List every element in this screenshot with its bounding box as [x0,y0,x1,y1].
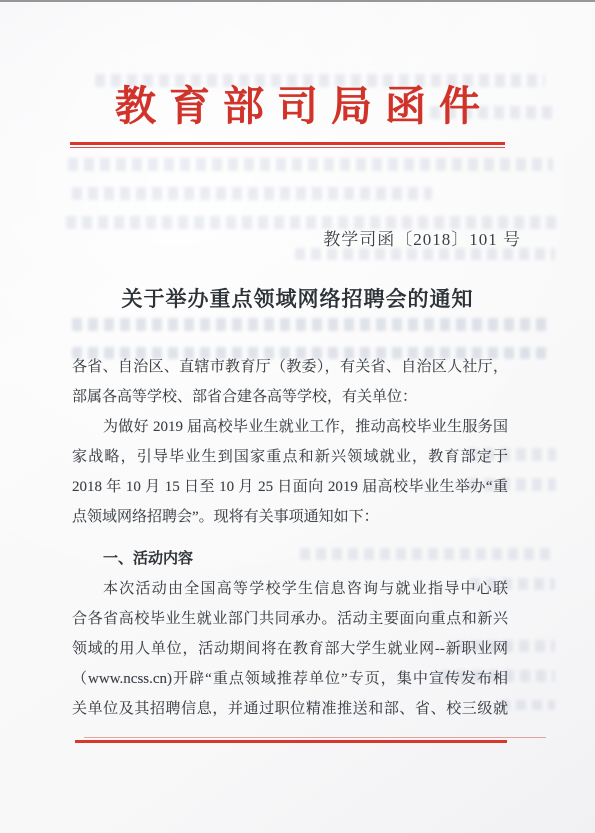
footer-divider-thin-line [84,737,546,738]
body-line: 为做好 2019 届高校毕业生就业工作，推动高校毕业生服务国 [72,412,508,442]
body-line: 2018 年 10 月 15 日至 10 月 25 日面向 2019 届高校毕业… [72,472,508,502]
body-line: （www.ncss.cn)开辟“重点领域推荐单位”专页，集中宣传发布相 [72,664,508,694]
document-body: 各省、自治区、直辖市教育厅（教委），有关省、自治区人社厅， 部属各高等学校、部省… [72,352,508,724]
bleed-through-text [500,700,555,710]
letterhead-divider-thick-line [70,142,505,145]
bleed-through-text [68,158,553,171]
document-title: 关于举办重点领域网络招聘会的通知 [0,284,595,314]
body-line: 合各省高校毕业生就业部门共同承办。活动主要面向重点和新兴 [72,604,508,634]
footer-divider-thick-line [75,740,507,743]
body-line: 家战略，引导毕业生到国家重点和新兴领域就业，教育部定于 [72,442,508,472]
letterhead-divider-thin-line [70,147,505,148]
body-line: 关单位及其招聘信息，并通过职位精准推送和部、省、校三级就 [72,694,508,724]
body-line: 点领域网络招聘会”。现将有关事项通知如下： [72,502,508,532]
body-line: 本次活动由全国高等学校学生信息咨询与就业指导中心联 [72,574,508,604]
scanned-document-page: 教育部司局函件 教学司函〔2018〕101 号 关于举办重点领域网络招聘会的通知… [0,0,595,833]
body-line: 部属各高等学校、部省合建各高等学校，有关单位： [72,382,508,412]
scan-edge [0,0,595,2]
letterhead-title: 教育部司局函件 [0,82,595,130]
document-number: 教学司函〔2018〕101 号 [323,228,521,252]
letterhead-divider [70,142,505,148]
bleed-through-text [72,187,432,200]
bleed-through-text [72,318,552,331]
section-heading: 一、活动内容 [72,544,508,574]
body-line: 领域的用人单位，活动期间将在教育部大学生就业网--新职业网 [72,634,508,664]
body-line: 各省、自治区、直辖市教育厅（教委），有关省、自治区人社厅， [72,352,508,382]
